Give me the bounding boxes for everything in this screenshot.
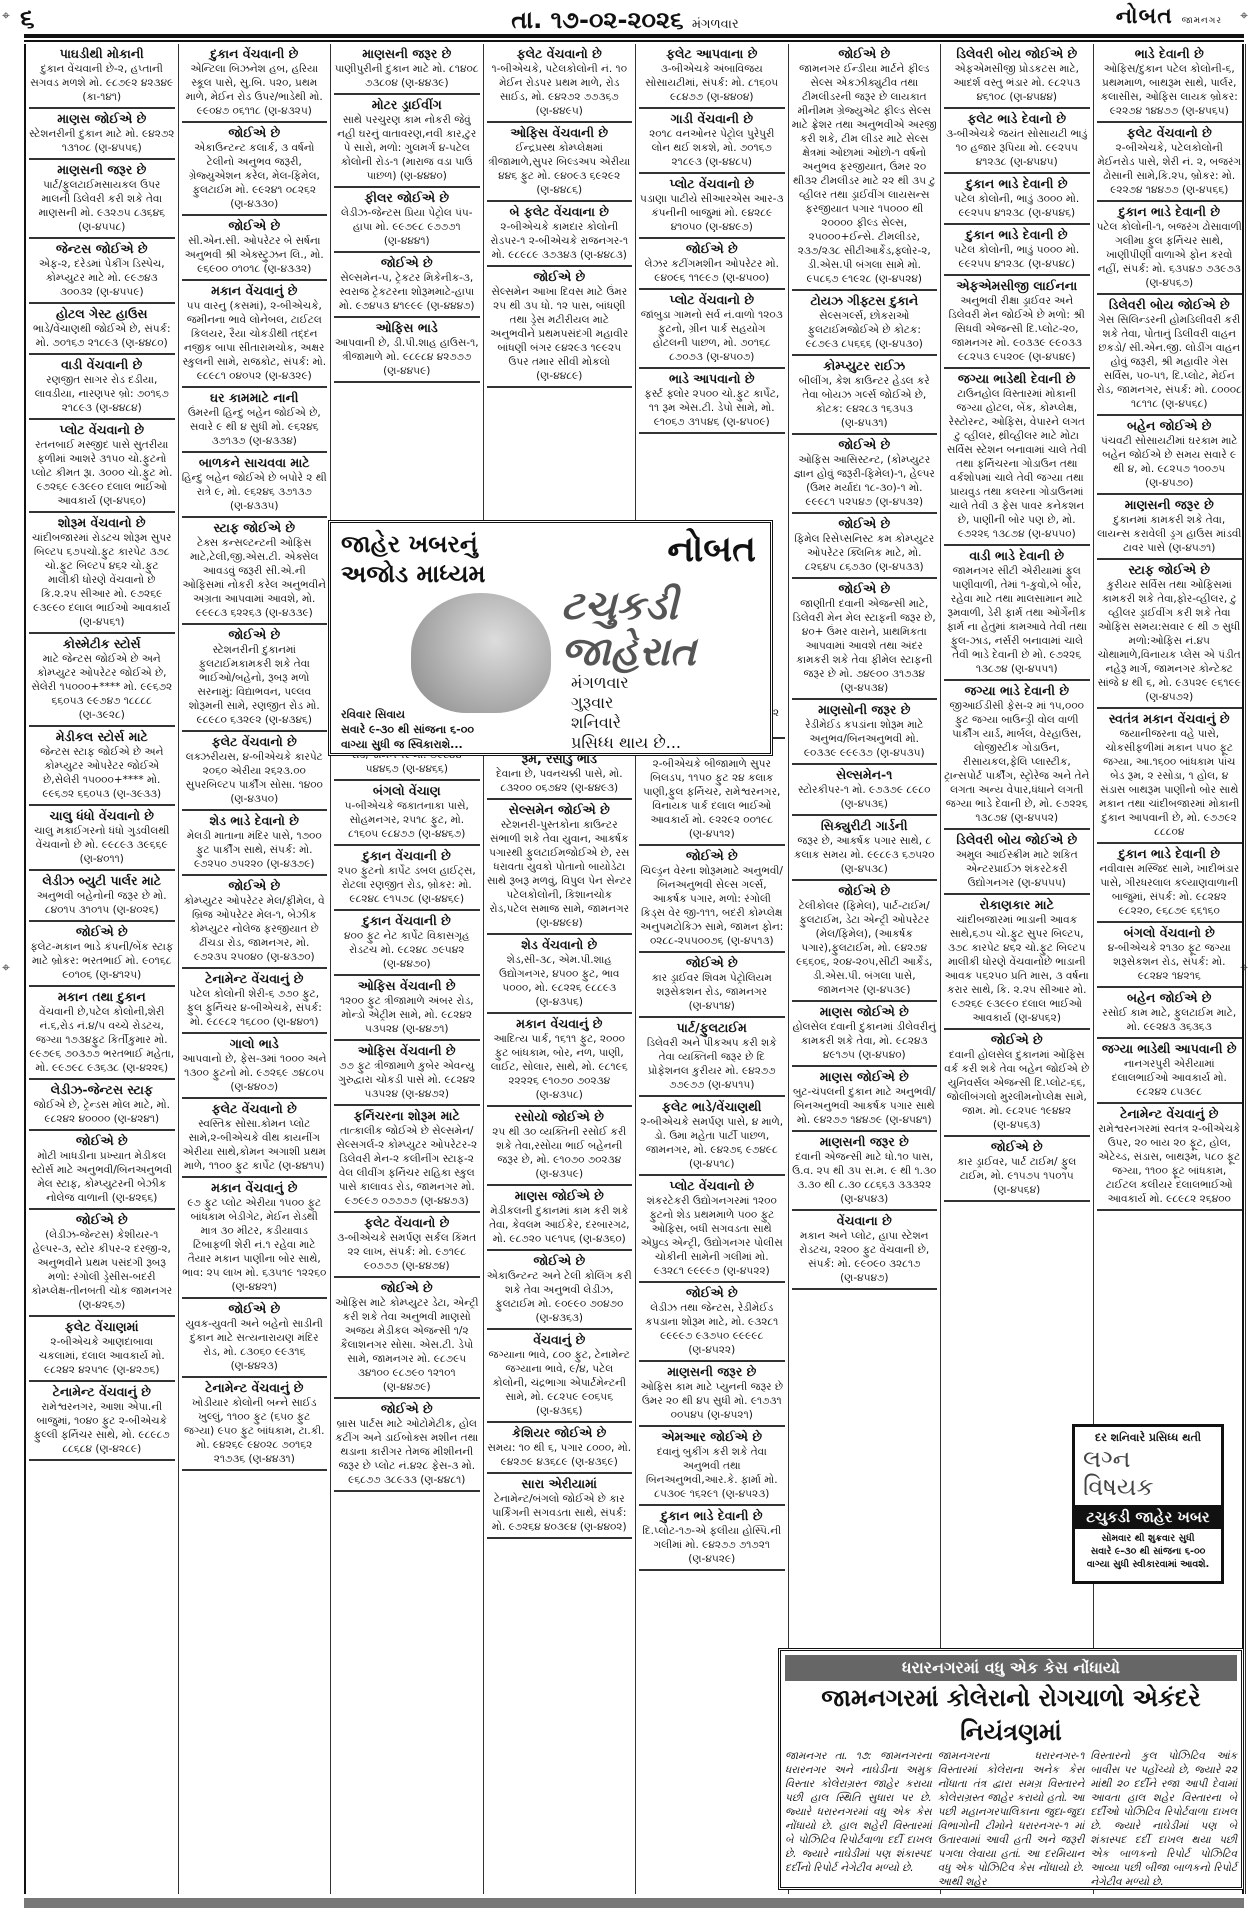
ad-body: રતનબાઈ મસ્જીદ પાસે સુતરીયા ફળીમાં આશરે ૩… xyxy=(29,438,175,508)
ad-body: દુકાન વેંચવાની છે-૨, હપ્તાની સગવડ મળશે મ… xyxy=(29,62,175,104)
classified-ad: પાર્ટ/ફુલટાઈમડિલેવરી અને પીકઅપ કરી શકે ત… xyxy=(639,1018,785,1097)
classified-ad: ફલેટ વેંચવાનો છે૩-બીએચકે સમર્પણ સર્કલ કિ… xyxy=(334,1213,480,1278)
ad-title: મકાન વેંચવાનું છે xyxy=(182,1180,328,1196)
header-rule xyxy=(24,34,1244,38)
classified-column: ફલેટ વેંચવાનો છે૧-બીએચકે, પટેલકોલોની નં.… xyxy=(484,44,637,1894)
ad-body: અનુભવી બહેનોની જરૂર છે મો. ૮૪૦૧૫ ૩૧૦૧૫ (… xyxy=(29,889,175,917)
ad-title: ટેનામેન્ટ વેંચવાનું છે xyxy=(1097,1106,1243,1122)
ad-title: ડિલેવરી બોય જોઈએ છે xyxy=(944,832,1090,848)
ad-title: લેડીઝ-જેન્ટસ સ્ટાફ xyxy=(29,1082,175,1098)
ad-title: વેંચવાનું છે xyxy=(487,1332,633,1348)
classified-ad: જોઈએ છેકાર ડ્રાઈવર શિવમ પેટ્રોલિયમ શરૂસે… xyxy=(639,953,785,1018)
classified-ad: ડિલેવરી બોય જોઈએ છેએફએમસીજી પ્રોડકટસ માટ… xyxy=(944,44,1090,109)
classified-ad: બંગલો વેંચાણ૫-બીએચકે જકાતનાકા પાસે, સોહમ… xyxy=(334,781,480,846)
classified-ad: ડિલેવરી બોય જોઈએ છેઅમુલ આઈસ્ક્રીમ માટે શ… xyxy=(944,830,1090,895)
ad-body: ટેલીકોલર (ફિમેલ), પાર્ટ-ટાઈમ/ફુલટાઈમ, ડે… xyxy=(792,899,938,997)
ad-body: સી.એન.સી. ઓપરેટર બે સર્ષના અનુભવી શ્રી એ… xyxy=(182,234,328,276)
ad-title: બંગલો વેંચાણ xyxy=(334,783,480,799)
classified-ad: જોઈએ છે(લેડીઝ-જેન્ટસ) કેશીયર-૧ હેલ્પર-૩,… xyxy=(29,1210,175,1317)
ad-title: કોસ્મેટીક સ્ટોર્સ xyxy=(29,636,175,652)
classified-ad: લેડીઝ બ્યુટી પાર્લર માટેઅનુભવી બહેનોની જ… xyxy=(29,871,175,922)
classified-ad: જોઈએ છેફલેટ-મકાન ભાડે કંપની/બેંક સ્ટાફ મ… xyxy=(29,922,175,987)
classified-ad: ફલેટ વેંચવાનો છે૨-બીએચકે, પટેલકોલોની મેઈ… xyxy=(1097,123,1243,202)
promo-tagline: જાહેર ખબરનું અજોડ માધ્યમ xyxy=(341,529,485,589)
ad-body: જેન્ટસ સ્ટાફ જોઈએ છે અને કોમ્પ્યુટર ઓપરે… xyxy=(29,745,175,801)
classified-ad: ઓફિસ વેંચવાની છેઈન્દ્રપ્રસ્થ કોમ્પ્લેક્ષ… xyxy=(487,123,633,202)
ad-body: લેડીઝ તથા જેન્ટસ, રેડીમેઈડ કપડાના શોરૂમ … xyxy=(639,1301,785,1357)
ad-title: બહેન જોઈએ છે xyxy=(1097,418,1243,434)
ad-title: લેડીઝ બ્યુટી પાર્લર માટે xyxy=(29,873,175,889)
ad-body: પાણીપુરીની દુકાન માટે મો. ૮૧૪૦૮ ૭૩૮૦૪ (ણ… xyxy=(334,62,480,90)
newspaper-logo: નોબત જામનગર xyxy=(1116,4,1222,29)
ad-body: સમય: ૧૦ થી ૬, પગાર ૮૦૦૦, મો. ૯૪૨૭૯ ૪૩૬૮૯… xyxy=(487,1441,633,1469)
ad-body: રામેશ્વરનગર, આશા એપા.ની બાજુમાં, ૧૦૪૦ ફુ… xyxy=(29,1400,175,1456)
ad-body: પટેલ કોલોની શેરી-૬ ૭૭૦ ફુટ, ફુલ ફુર્નિચર… xyxy=(182,987,328,1029)
ad-title: માણસ જોઈએ છે xyxy=(792,1004,938,1020)
ad-title: ગાલો ભાડે xyxy=(182,1036,328,1052)
ad-body: સ્ટેશનરીની દુકાનમાં ફુલટાઈમકામકરી શકે તે… xyxy=(182,643,328,727)
classified-ad: એફએમસીજી લાઈનનાઅનુભવી રીક્ષા ડ્રાઈવર અને… xyxy=(944,276,1090,369)
ad-title: જોઈએ છે xyxy=(639,1285,785,1301)
ad-body: જયાનીજરના વહે પાસે, ચોકસીફળીમાં મકાન ૫૫૦… xyxy=(1097,727,1243,839)
classified-ad: સ્ટાફ જોઈએ છેકુરીયર સર્વિસ તથા ઓફિસમાં ક… xyxy=(1097,560,1243,709)
classified-ad: બહેન જોઈએ છેરસોઈ કામ માટે, ફુલટાઈમ માટે,… xyxy=(1097,988,1243,1039)
ad-body: જાણીતી દવાની એજન્સી માટે, ડિલેવરી મેન મે… xyxy=(792,597,938,695)
footer-rule xyxy=(24,1898,1244,1908)
ad-body: ૧-બીએચકે, પટેલકોલોની નં. ૧૦ મેઈન રોડપર પ… xyxy=(487,62,633,118)
classified-ad: કેશિયર જોઈએ છેસમય: ૧૦ થી ૬, પગાર ૮૦૦૦, મ… xyxy=(487,1423,633,1474)
ad-body: સ્ટોરકીપર-૧ મો. ૯૭૩૭૯ ૮૯૮૦ (ણ-૪૫૩૬) xyxy=(792,783,938,811)
classified-ad: પ્લોટ વેંચવાનો છેશંકરટેકરી ઉદ્યોગનગરમાં … xyxy=(639,1176,785,1283)
ad-body: દવાની એજન્સી માટે ધો.૧૦ પાસ, ઉ.વ. ૨૫ થી … xyxy=(792,1150,938,1206)
classifieds-grid: પાઘડીથી મોકાનીદુકાન વેંચવાની છે-૨, હપ્તા… xyxy=(24,44,1244,1894)
classified-ad: રસોયો જોઈએ છે૨૫ થી ૩૦ વ્યક્તિની રસોઈ કરી… xyxy=(487,1107,633,1186)
ad-title: માણસ જોઈએ છે xyxy=(487,1188,633,1204)
ad-title: ગાડી વેંચવાની છે xyxy=(639,111,785,127)
ad-title: સ્ટાફ જોઈએ છે xyxy=(1097,562,1243,578)
ad-title: પાર્ટ/ફુલટાઈમ xyxy=(639,1020,785,1036)
ad-body: લેડીઝ-જેન્ટસ પ્રિયા પેટ્રોલ પંપ-હાપા મો.… xyxy=(334,206,480,248)
classified-ad: જોઈએ છેજાણીતી દવાની એજન્સી માટે, ડિલેવરી… xyxy=(792,579,938,700)
ad-title: પાઘડીથી મોકાની xyxy=(29,46,175,62)
classified-column: દુકાન વેંચવાની છેએન્ટિલા બિઝનેશ હબ, હરિય… xyxy=(179,44,332,1894)
ad-body: રણજીત સાગર રોડ દડીયા, લાવડીયા, નારણપર બ્… xyxy=(29,373,175,415)
ad-title: જોઈએ છે xyxy=(182,1301,328,1317)
classified-ad: જોઈએ છેદવાની હોલસેલ દુકાનમાં ઓફિસ વર્ક ક… xyxy=(944,1030,1090,1137)
ad-title: જોઈએ છે xyxy=(487,1253,633,1269)
classified-ad: સેલ્સમેન-૧સ્ટોરકીપર-૧ મો. ૯૭૩૭૯ ૮૯૮૦ (ણ-… xyxy=(792,765,938,816)
ad-body: સેલ્સમેન આખા દિવસ માટે ઉંમર ૨૫ થી ૩૫ ધો.… xyxy=(487,285,633,383)
classified-ad: દુકાન ભાડે દેવાની છેપટેલ કોલોની, ભાડું ૫… xyxy=(944,225,1090,276)
ad-body: જાંબુડા ગામનો સર્વ નં.વાળો ૧૨૦૩ ફુટનો, ગ… xyxy=(639,308,785,364)
ad-body: જગ્યાના ભાવે, ૮૦૦ ફુટ, ટેનામેન્ટ જગ્યાના… xyxy=(487,1348,633,1418)
classified-ad: જોઈએ છેસેલ્સમેન-૫, ટ્રેકટર મિકેનીક-૩, સ્… xyxy=(334,253,480,318)
ad-body: દિ.પ્લોટ-૧૭-એ ફલીયા હોસ્પિ.ની ગલીમાં મો.… xyxy=(639,1524,785,1566)
classified-ad: જગ્યા ભાડેથી દેવાની છેટાઉનહોલ વિસ્તારમાં… xyxy=(944,369,1090,546)
ad-title: ઓફિસ વેંચવાની છે xyxy=(487,125,633,141)
ad-title: સ્ટાફ જોઈએ છે xyxy=(182,520,328,536)
classified-ad: ફલેટ ભાડે દેવાનો છે૩-બીએચકે જયંત સોસાયટી… xyxy=(944,109,1090,174)
classified-ad: એમઆર જોઈએ છેદવાનું બુકીંગ કરી શકે તેવા અ… xyxy=(639,1427,785,1506)
header-rule xyxy=(24,40,1244,42)
ad-body: આદિત્ય પાર્ક, ૧૬૧૧ ફુટ, ૨૦૦૦ ફુટ બાંધકામ… xyxy=(487,1032,633,1102)
classified-ad: ઓફિસ વેંચવાની છે૭૭ ફુટ ત્રીજામાળે કુબેર … xyxy=(334,1041,480,1106)
news-kicker: ધરારનગરમાં વધુ એક કેસ નોંધાયો xyxy=(785,1655,1237,1681)
ad-title: વાડી ભાડે દેવાની છે xyxy=(944,548,1090,564)
ad-body: ચાલુ મકાઈગરનો ધંધો ગુડવીલથી વેંચવાનો છે … xyxy=(29,824,175,866)
classified-ad: ચાલુ ધંધો વેંચવાનો છેચાલુ મકાઈગરનો ધંધો … xyxy=(29,806,175,871)
classified-ad: જોઈએ છેબ્રાસ પાર્ટસ માટે ઓટોમેટીક, હોલ ક… xyxy=(334,1399,480,1492)
ad-body: મકાન અને પ્લોટ, હાપા સ્ટેશન રોડટચ, ૨૨૦૦ … xyxy=(792,1229,938,1285)
ad-body: કાર ડ્રાઈવર શિવમ પેટ્રોલિયમ શરૂસેકશન રોડ… xyxy=(639,971,785,1013)
matrimonial-title: લગ્ન વિષયક xyxy=(1075,1445,1221,1501)
ad-body: ૫૫ વારનુ (કસમાં), ૨-બીએચકે, જમીનના ભાવે … xyxy=(182,299,328,383)
ad-title: પ્લોટ વેંચવાનો છે xyxy=(29,422,175,438)
ad-body: લેઝર કટીંગમશીન ઓપરેટર મો. ૯૪૦૯૬ ૧૧૯૯૭ (ણ… xyxy=(639,257,785,285)
ad-title: મકાન વેંચવાનું છે xyxy=(182,283,328,299)
ad-body: શેડ,સી-૩૮, એમ.પી.શાહ ઉદ્યોગનગર, ૪૫૦૦ ફુટ… xyxy=(487,953,633,1009)
ad-title: ઓફિસ વેંચવાની છે xyxy=(334,978,480,994)
classified-ad: ફલેટ વેંચવાનો છે૧-બીએચકે, પટેલકોલોની નં.… xyxy=(487,44,633,123)
ad-title: ફલેટ વેંચવાનો છે xyxy=(334,1215,480,1231)
classified-ad: માણસ જોઈએ છેહોલસેલ દવાની દુકાનમાં ડીલેવર… xyxy=(792,1002,938,1067)
classified-ad: મેડીકલ સ્ટોર્સ માટેજેન્ટસ સ્ટાફ જોઈએ છે … xyxy=(29,727,175,806)
classified-column: માણસની જરૂર છેપાણીપુરીની દુકાન માટે મો. … xyxy=(331,44,484,1894)
classified-ad: વાડી ભાડે દેવાની છેજામનગર સીટી એરીયામાં … xyxy=(944,546,1090,681)
classified-ad: જોઈએ છેસેલ્સમેન આખા દિવસ માટે ઉંમર ૨૫ થી… xyxy=(487,267,633,388)
classified-ad: જોઈએ છેમોટી ખાધડીના પ્રખ્યાત મેડીકલ સ્ટો… xyxy=(29,1131,175,1210)
ad-body: મેલડી માતાના મંદિર પાસે, ૧૭૦૦ ફુટ પાર્કી… xyxy=(182,829,328,871)
ad-body: (લેડીઝ-જેન્ટસ) કેશીયર-૧ હેલ્પર-૩, સ્ટોર … xyxy=(29,1228,175,1312)
ad-body: તાત્કાલીક જોઈએ છે સેલ્સમેન/સેલ્સગર્લ-૨ ક… xyxy=(334,1124,480,1208)
classified-ad: મકાન વેંચવાનું છે૯૭ ફુટ પ્લોટ એરીયા ૧૫૦૦… xyxy=(182,1178,328,1299)
ad-title: ફીલર જોઈએ છે xyxy=(334,190,480,206)
ad-title: દુકાન વેંચવાની છે xyxy=(334,848,480,864)
ad-body: રેડીમેઈડ કપડાંના શોરૂમ માટે અનુભવ/બિનઅનુ… xyxy=(792,718,938,760)
ad-body: જરૂર છે, આકર્ષક પગાર સાથે, ૮ કલાક સમય મો… xyxy=(792,834,938,876)
classified-ad: બે ફલેટ વેંચવાના છે૨-બીએચકે કામદાર કોલોન… xyxy=(487,202,633,267)
ad-body: ચાંદીબજારમાં રોડટચ શોરૂમ સુપર બિલ્ટપ ૬૭૫… xyxy=(29,531,175,629)
ad-title: જોઈએ છે xyxy=(29,924,175,940)
ad-body: હિન્દુ બહેન જોઈએ છે બપોરે ૨ થી રાત્રે ૯,… xyxy=(182,471,328,513)
ad-title: એફએમસીજી લાઈનના xyxy=(944,278,1090,294)
ad-title: જોઈએ છે xyxy=(792,516,938,532)
classified-ad: માણસ જોઈએ છેમેડીકલની દુકાનમાં કામ કરી શક… xyxy=(487,1186,633,1251)
ad-body: એન્ટિલા બિઝનેશ હબ, હરિયા સ્કૂલ પાસે, સુ.… xyxy=(182,62,328,118)
classified-ad: ઓફિસ વેંચવાની છે૧૨૦૦ ફુટ ત્રીજામાળે અંબર… xyxy=(334,976,480,1041)
classified-ad: માણસની જરૂર છેદુકાનમાં કામકરી શકે તેવા, … xyxy=(1097,495,1243,560)
ad-body: કુરીયર સર્વિસ તથા ઓફિસમાં કામકરી શકે તેવ… xyxy=(1097,578,1243,704)
ad-body: સ્વસ્તિક સોસા.કોમન પ્લોટ સામે,૨-બીએચકે વ… xyxy=(182,1117,328,1173)
classified-ad: જોઈએ છેફિમેલ રિસેપ્સનિસ્ટ કમ કોમ્પ્યુટર … xyxy=(792,514,938,579)
ad-title: ફલેટ આપવાના છે xyxy=(639,46,785,62)
ad-title: જોઈએ છે xyxy=(944,1139,1090,1155)
ad-title: માણસની જરૂર છે xyxy=(792,1134,938,1150)
classified-ad: દુકાન ભાડે દેવાની છેદિ.પ્લોટ-૧૭-એ ફલીયા … xyxy=(639,1506,785,1571)
ad-title: કેશિયર જોઈએ છે xyxy=(487,1425,633,1441)
ad-title: જોઈએ છે xyxy=(792,46,938,62)
classified-ad: માણસની જરૂર છેપાર્ટ/ફુલટાઈમસાયકલ ઉપર માલ… xyxy=(29,160,175,239)
ad-body: માટે જેન્ટસ જોઈએ છે અને કોમ્પ્યુટર ઓપરેટ… xyxy=(29,652,175,722)
ad-title: શોરૂમ વેંચવાનો છે xyxy=(29,515,175,531)
ad-title: માણસ જોઈએ છે xyxy=(29,111,175,127)
classified-ad: ફલેટ આપવાના છે૩-બીએચકે અંબાવિજય સોસાયટીમ… xyxy=(639,44,785,109)
ad-title: બહેન જોઈએ છે xyxy=(1097,990,1243,1006)
classified-ad: મકાન તથા દુકાનવેંચવાની છે,પટેલ કોલોની,શે… xyxy=(29,987,175,1080)
ad-body: રસોઈ કામ માટે, ફુલટાઈમ માટે, મો. ૯૯૨૪૩ ૩… xyxy=(1097,1006,1243,1034)
classified-ad: જેન્ટસ જોઈએ છેએફ-૨, દરેડમાં પેકીંગ ડિસ્પ… xyxy=(29,239,175,304)
ad-body: બ્રાસ પાર્ટસ માટે ઓટોમેટીક, હોલ કટીંગ અન… xyxy=(334,1417,480,1487)
ad-title: જગ્યા ભાડે દેવાની છે xyxy=(944,683,1090,699)
ad-title: ટોયઝ ગીફ્ટસ દુકાને xyxy=(792,293,938,309)
classified-ad: જોઈએ છેચિલ્ડ્રન વેરના શોરૂમમાટે અનુભવી/બ… xyxy=(639,846,785,953)
ad-body: ૪-બીએચકે ૨૧૩૦ ફૂટ જગ્યા શરૂસેકશન રોડ, સં… xyxy=(1097,941,1243,983)
ad-title: દુકાન ભાડે દેવાની છે xyxy=(944,227,1090,243)
ad-body: ૨૦૧૮ વનઓનર પેટ્રોલ પુરેપુરી લોન થઈ શકશે,… xyxy=(639,127,785,169)
ad-body: મેડીકલની દુકાનમાં કામ કરી શકે તેવા, કેવલ… xyxy=(487,1204,633,1246)
ad-body: પાર્ટ/ફુલટાઈમસાયકલ ઉપર માલની ડિલેવરી કરી… xyxy=(29,178,175,234)
ad-title: રસોયો જોઈએ છે xyxy=(487,1109,633,1125)
classified-ad: બહેન જોઈએ છેપંચવટી સોસાયટીમાં ઘરકામ માટે… xyxy=(1097,416,1243,495)
ad-title: દુકાન ભાડે દેવાની છે xyxy=(1097,204,1243,220)
classified-ad: દુકાન વેંચવાની છેએન્ટિલા બિઝનેશ હબ, હરિય… xyxy=(182,44,328,123)
ad-body: ઈન્દ્રપ્રસ્થ કોમ્પ્લેક્ષમાં ત્રીજામાળે,સ… xyxy=(487,141,633,197)
ad-title: મકાન વેંચવાનું છે xyxy=(487,1016,633,1032)
ad-body: પડાણા પાટીયે સીઆરએસ આર-૩ કંપનીની બાજુમાં… xyxy=(639,192,785,234)
ad-title: દુકાન વેંચવાની છે xyxy=(182,46,328,62)
ad-body: નવીવાસ મસ્જિદ સામે, ખાદીભંડાર પાસે, ગીરધ… xyxy=(1097,862,1243,918)
ad-title: માણસોની જરૂર છે xyxy=(792,702,938,718)
ad-body: દેવાના છે, પવનચક્કી પાસે, મો. ૮૩૨૦૦ ૦૬૭૪… xyxy=(487,767,633,795)
ad-body: ૧૨૦૦ ફુટ ત્રીજામાળે અંબર રોડ, મોન્ડો એટ્… xyxy=(334,994,480,1036)
ad-body: ૩-બીએચકે સમર્પણ સર્કલ કિંમત ૨૨ લાખ, સંપર… xyxy=(334,1231,480,1273)
classified-ad: જોઈએ છેએકાઉન્ટન્ટ કલાર્ક, ૩ વર્ષનો ટેલીન… xyxy=(182,123,328,216)
classified-ad: દુકાન ભાડે દેવાની છેપટેલ કોલોની, ભાડું ૩… xyxy=(944,174,1090,225)
classified-ad: ભાડે આપવાનો છેફર્સ્ટ ફ્લોર ૨૫૦૦ ચો.ફુટ ક… xyxy=(639,369,785,434)
ad-body: જામનગર ઈન્ડીયા માર્ટને ફીલ્ડ સેલ્સ એકઝીક… xyxy=(792,62,938,286)
ad-title: એમઆર જોઈએ છે xyxy=(639,1429,785,1445)
ad-title: ફલેટ વેંચવાનો છે xyxy=(487,46,633,62)
ad-title: મોટર ડ્રાઈવીંગ xyxy=(334,97,480,113)
classified-ad: સેલ્સમેન જોઈએ છેસ્ટેશનરી-પુસ્તકોના કાઉન્… xyxy=(487,800,633,935)
ad-title: જગ્યા ભાડેથી આપવાની છે xyxy=(1097,1041,1243,1057)
classified-ad: જોઈએ છેઓફિસ આસિસ્ટન્ટ, (કોમ્પ્યુટર જ્ઞાન… xyxy=(792,435,938,514)
ad-title: ઓફિસ વેંચવાની છે xyxy=(334,1043,480,1059)
classified-ad: જોઈએ છેસી.એન.સી. ઓપરેટર બે સર્ષના અનુભવી… xyxy=(182,216,328,281)
ad-title: વેંચવાના છે xyxy=(792,1213,938,1229)
ad-title: ફલેટ વેંચવાનો છે xyxy=(1097,125,1243,141)
ad-body: એકાઉન્ટન્ટ કલાર્ક, ૩ વર્ષનો ટેલીનો અનુભવ… xyxy=(182,141,328,211)
classified-ad: દુકાન વેંચવાની છે૨૫૦ ફુટનો કાર્પેટ ડબલ હ… xyxy=(334,846,480,911)
ad-body: શંકરટેકરી ઉદ્યોગનગરમાં ૧૨૦૦ ફુટનો શેડ પ્… xyxy=(639,1194,785,1278)
ad-title: બંગલો વેંચવાનો છે xyxy=(1097,925,1243,941)
ad-title: ફર્નિચરના શોરૂમ માટે xyxy=(334,1108,480,1124)
ad-title: જોઈએ છે xyxy=(792,883,938,899)
classified-ad: મકાન વેંચવાનું છેઆદિત્ય પાર્ક, ૧૬૧૧ ફુટ,… xyxy=(487,1014,633,1107)
ad-body: સાથે પરચુરણ કામ નોકરી જેવું નહી ઘરનું વા… xyxy=(334,113,480,183)
classified-ad: શેડ વેંચવાનો છેશેડ,સી-૩૮, એમ.પી.શાહ ઉદ્ય… xyxy=(487,935,633,1014)
ad-title: જોઈએ છે xyxy=(792,437,938,453)
ad-title: ફલેટ વેંચવાનો છે xyxy=(182,1101,328,1117)
ad-body: ભાડે/વેંચાણથી જોઈએ છે, સંપર્ક: મો. ૭૦૧૬૭… xyxy=(29,322,175,350)
classified-ad: સ્ટાફ જોઈએ છેટેક્સ કન્સલ્ટન્ટની ઓફિસ માટ… xyxy=(182,518,328,625)
ad-body: ટાઉનહોલ વિસ્તારમાં મોકાની જગ્યા હોટલ, બે… xyxy=(944,387,1090,541)
classified-ad: ભાડે દેવાની છેઓફિસ/દુકાન પટેલ કોલોની-૬, … xyxy=(1097,44,1243,123)
registration-mark-icon: ⌖ xyxy=(2,960,10,976)
ad-body: આપવાનો છે, ફેસ-૩માં ૧૦૦૦ અને ૧૩૦૦ ફુટનો … xyxy=(182,1052,328,1094)
news-article: ધરારનગરમાં વધુ એક કેસ નોંધાયો જામનગરમાં … xyxy=(778,1648,1244,1890)
registration-mark-icon: ⌖ xyxy=(1240,8,1248,24)
ad-body: સ્ટેશનરીની દુકાન માટે મો. ૯૪૨૭૨ ૧૩૧૦૮ (ણ… xyxy=(29,127,175,155)
classified-ad: જોઈએ છેલેડીઝ તથા જેન્ટસ, રેડીમેઈડ કપડાના… xyxy=(639,1283,785,1362)
ad-body: સેલ્સગર્લ્સ, છોકરાઓ ફુલટાઈમજોઈએ છે કોટક:… xyxy=(792,309,938,351)
ad-body: ડિલેવરી અને પીકઅપ કરી શકે તેવા વ્યક્તિની… xyxy=(639,1036,785,1092)
ad-body: ૫-બીએચકે જકાતનાકા પાસે, સોહમનગર, ૨૫૧૮ ફુ… xyxy=(334,799,480,841)
ad-body: ટેનામેન્ટ/બંગલો જોઈએ છે કાર પાર્કિંગની સ… xyxy=(487,1492,633,1534)
classified-ad: જગ્યા ભાડેથી આપવાની છેનાનગરપુરી એરીયામાં… xyxy=(1097,1039,1243,1104)
classified-ad: દુકાન ભાડે દેવાની છેનવીવાસ મસ્જિદ સામે, … xyxy=(1097,844,1243,923)
classified-ad: માણસની જરૂર છેઓફિસ કામ માટે પ્યુનની જરૂર… xyxy=(639,1362,785,1427)
promo-timing-note: રવિવાર સિવાય સવારે ૯-૩૦ થી સાંજના ૬-૦૦ વ… xyxy=(341,707,474,752)
ad-body: રામેશ્વરનગરમાં સ્વતંત્ર ૨-બીએચકે ઉપર, ૨૦… xyxy=(1097,1122,1243,1206)
classified-ad: દુકાન ભાડે દેવાની છેપટેલ કોલોની-૧, બજરંગ… xyxy=(1097,202,1243,295)
thumbs-up-icon xyxy=(411,593,551,713)
ad-title: ડિલેવરી બોય જોઈએ છે xyxy=(1097,297,1243,313)
ad-body: ટેક્સ કન્સલ્ટન્ટની ઓફિસ માટે,ટેલી,જી.એસ.… xyxy=(182,536,328,620)
ad-body: સ્ટેશનરી-પુસ્તકોના કાઉન્ટર સંભાળી શકે તે… xyxy=(487,818,633,930)
ad-body: આપવાની છે, ડી.પી.શાહ હાઉસ-૧, ત્રીજામાળે … xyxy=(334,336,480,378)
news-headline: જામનગરમાં કોલેરાનો રોગચાળો એકંદરે નિયંત્… xyxy=(785,1681,1237,1749)
ad-body: ૨-બીએચકે આણદાબાવા ચકલામાં, દલાલ આવકાર્ય … xyxy=(29,1335,175,1377)
ad-body: ખોડીયાર કોલોની બન્ને સાઈડ ખુલ્લું, ૧૧૦૦ … xyxy=(182,1396,328,1466)
ad-title: જોઈએ છે xyxy=(639,241,785,257)
ad-body: યુવક-યુવતી અને બહેનો સાડીની દુકાન માટે સ… xyxy=(182,1317,328,1373)
ad-title: પ્લોટ વેંચવાનો છે xyxy=(639,176,785,192)
ad-title: જગ્યા ભાડેથી દેવાની છે xyxy=(944,371,1090,387)
classified-ad: દુકાન વેંચવાની છે૪૦૦ ફુટ નેટ કાર્પેટ વિક… xyxy=(334,911,480,976)
issue-day: મંગળવાર xyxy=(692,17,739,32)
ad-title: ચાલુ ધંધો વેંચવાનો છે xyxy=(29,808,175,824)
classified-ad: વાડી વેંચવાની છેરણજીત સાગર રોડ દડીયા, લા… xyxy=(29,355,175,420)
classified-column: જોઈએ છેજામનગર ઈન્ડીયા માર્ટને ફીલ્ડ સેલ્… xyxy=(789,44,942,1894)
classified-ad: માણસની જરૂર છેપાણીપુરીની દુકાન માટે મો. … xyxy=(334,44,480,95)
ad-body: ૨-બીએચકે બીજામાળે સુપર બિલડપ, ૧૧૫૦ ફુટ ૨… xyxy=(639,757,785,841)
ad-body: ચાંદીબજારમાં ભાડાની આવક સાથે,૬૭૫ ચો.ફુટ … xyxy=(944,913,1090,1025)
classified-ad: જોઈએ છેઓફિસ માટે કોમ્પ્યુટર ડેટા, એન્ટ્ર… xyxy=(334,1278,480,1399)
ad-title: દુકાન વેંચવાની છે xyxy=(334,913,480,929)
ad-title: જોઈએ છે xyxy=(639,848,785,864)
classified-ad: માણસ જોઈએ છેસ્ટેશનરીની દુકાન માટે મો. ૯૪… xyxy=(29,109,175,160)
tiny-ads-promo-box: જાહેર ખબરનું અજોડ માધ્યમ નોબત ટચુકડી જાહ… xyxy=(328,520,773,756)
ad-title: બે ફલેટ વેંચવાના છે xyxy=(487,204,633,220)
ad-title: હોટલ ગેસ્ટ હાઉસ xyxy=(29,306,175,322)
classified-ad: ફર્નિચરના શોરૂમ માટેતાત્કાલીક જોઈએ છે સે… xyxy=(334,1106,480,1213)
ad-title: સેલ્સમેન-૧ xyxy=(792,767,938,783)
classified-ad: માણસની જરૂર છેદવાની એજન્સી માટે ધો.૧૦ પા… xyxy=(792,1132,938,1211)
classified-ad: જોઈએ છેએકાઉન્ટન્ટ અને ટેલી કોલિંગ કરી શક… xyxy=(487,1251,633,1330)
classified-ad: ટેનામેન્ટ વેંચવાનું છેરામેશ્વરનગરમાં સ્વ… xyxy=(1097,1104,1243,1211)
classified-ad: શેડ ભાડે દેવાનો છેમેલડી માતાના મંદિર પાસ… xyxy=(182,811,328,876)
ad-title: ફલેટ ભાડે દેવાનો છે xyxy=(944,111,1090,127)
ad-body: કોમ્પ્યુટર ઓપરેટર મેલ/ફીમેલ, વે બ્રિજ ઓપ… xyxy=(182,894,328,964)
ad-title: માણસની જરૂર છે xyxy=(1097,497,1243,513)
classified-ad: રૂમ, રસોડું ભાડેદેવાના છે, પવનચક્કી પાસે… xyxy=(487,749,633,800)
matrimonial-ads-box: દર શનિવારે પ્રસિધ્ધ થતી લગ્ન વિષયક ટચુકડ… xyxy=(1072,1424,1224,1584)
ad-body: વેંચવાની છે,પટેલ કોલોની,શેરી નં.૬,રોડ નં… xyxy=(29,1005,175,1075)
ad-body: ગેસ સિલિન્ડરની હોમડિલીવરી કરી શકે તેવા, … xyxy=(1097,313,1243,411)
ad-title: જોઈએ છે xyxy=(182,218,328,234)
ad-title: ટેનામેન્ટ વેંચવાનું છે xyxy=(182,971,328,987)
classified-ad: રોકાણકાર માટેચાંદીબજારમાં ભાડાની આવક સાથ… xyxy=(944,895,1090,1030)
ad-title: ઓફિસ ભાડે xyxy=(334,320,480,336)
ad-body: ૪૦૦ ફુટ નેટ કાર્પેટ વિકાસગૃહ રોડટચ મો. ૯… xyxy=(334,929,480,971)
ad-body: બુટ-ચંપલની દુકાન માટે અનુભવી/બિનઅનુભવી આ… xyxy=(792,1085,938,1127)
ad-body: ૨૫ થી ૩૦ વ્યક્તિની રસોઈ કરી શકે તેવા,રસો… xyxy=(487,1125,633,1181)
ad-title: સ્વતંત્ર મકાન વેંચવાનું છે xyxy=(1097,711,1243,727)
ad-body: ઉંમરની હિન્દુ બહેન જોઈએ છે, સવારે ૯ થી ૪… xyxy=(182,406,328,448)
ad-body: હોલસેલ દવાની દુકાનમાં ડીલેવરીનું કામકરી … xyxy=(792,1020,938,1062)
ad-title: જોઈએ છે xyxy=(29,1133,175,1149)
classified-ad: ફલેટ ભાડે/વેંચાણથી૨-બીએચકે સમર્પણ પાસે, … xyxy=(639,1097,785,1176)
classified-ad: મોટર ડ્રાઈવીંગસાથે પરચુરણ કામ નોકરી જેવુ… xyxy=(334,95,480,188)
ad-body: કાર ડ્રાઈવર, પાર્ટ ટાઈમ/ ફુલ ટાઈમ, મો. ૯… xyxy=(944,1155,1090,1197)
ad-body: મોટી ખાધડીના પ્રખ્યાત મેડીકલ સ્ટોર્સ માટ… xyxy=(29,1149,175,1205)
ad-title: જેન્ટસ જોઈએ છે xyxy=(29,241,175,257)
ad-title: મકાન તથા દુકાન xyxy=(29,989,175,1005)
ad-title: બાળકને સાચવવા માટે xyxy=(182,455,328,471)
ad-body: ફર્સ્ટ ફ્લોર ૨૫૦૦ ચો.ફુટ કાર્પેટ, ૧૧ રૂમ… xyxy=(639,387,785,429)
ad-title: સિક્યુરીટી ગાર્ડની xyxy=(792,818,938,834)
promo-days: મંગળવાર ગુરૂવાર શનિવારે પ્રસિધ્ધ થાય છે.… xyxy=(571,673,681,753)
classified-ad: સ્વતંત્ર મકાન વેંચવાનું છેજયાનીજરના વહે … xyxy=(1097,709,1243,844)
ad-body: અનુભવી રીક્ષા ડ્રાઈવર અને ડિલેવરી મેન જો… xyxy=(944,294,1090,364)
ad-title: ટેનામેન્ટ વેંચવાનું છે xyxy=(182,1380,328,1396)
ad-body: ૨-બીએચકે સમર્પણ પાસે, ૪ માળે, ડો. ઉમા મહ… xyxy=(639,1115,785,1171)
classified-ad: કોમ્પ્યુટર રાઈઝબીલીંગ, કેશ કાઉન્ટર હેડલ … xyxy=(792,356,938,435)
classified-ad: વેંચવાનું છેજગ્યાના ભાવે, ૮૦૦ ફુટ, ટેનામ… xyxy=(487,1330,633,1423)
ad-title: ભાડે દેવાની છે xyxy=(1097,46,1243,62)
ad-title: ભાડે આપવાનો છે xyxy=(639,371,785,387)
ad-body: જીઆઈડીસી ફેસ-૨ માં ૧૫,૦૦૦ ફુટ જગ્યા બાઉન… xyxy=(944,699,1090,825)
ad-title: કોમ્પ્યુટર રાઈઝ xyxy=(792,358,938,374)
classified-ad: જોઈએ છેલેઝર કટીંગમશીન ઓપરેટર મો. ૯૪૦૯૬ ૧… xyxy=(639,239,785,290)
ad-body: એફએમસીજી પ્રોડકટસ માટે, આદર્શ વસ્તુ ભંડા… xyxy=(944,62,1090,104)
classified-ad: ટેનામેન્ટ વેંચવાનું છેરામેશ્વરનગર, આશા એ… xyxy=(29,1382,175,1461)
news-body: જામનગર તા. ૧૭: જામનગરના ધરારનગર અને નાઘે… xyxy=(785,1749,1237,1889)
ad-body: ઓફિસ માટે કોમ્પ્યુટર ડેટા, એન્ટ્રી કરી શ… xyxy=(334,1296,480,1394)
ad-body: ૨-બીએચકે કામદાર કોલોની રોડપર-૧ ૨-બીએચકે … xyxy=(487,220,633,262)
classified-ad: શોરૂમ વેંચવાનો છેચાંદીબજારમાં રોડટચ શોરૂ… xyxy=(29,513,175,634)
ad-title: જોઈએ છે xyxy=(334,1401,480,1417)
classified-ad: જોઈએ છેસ્ટેશનરીની દુકાનમાં ફુલટાઈમકામકરી… xyxy=(182,625,328,732)
ad-body: પટેલ કોલોની, ભાડું ૩૦૦૦ મો. ૯૯૨૫૫ ૪૧૨૩૮ … xyxy=(944,192,1090,220)
classified-ad: જોઈએ છેજામનગર ઈન્ડીયા માર્ટને ફીલ્ડ સેલ્… xyxy=(792,44,938,291)
classified-ad: જોઈએ છેકોમ્પ્યુટર ઓપરેટર મેલ/ફીમેલ, વે બ… xyxy=(182,876,328,969)
ad-title: ફલેટ ભાડે/વેંચાણથી xyxy=(639,1099,785,1115)
ad-body: ઓફિસ કામ માટે પ્યુનની જરૂર છે ઉંમર ૨૦ થી… xyxy=(639,1380,785,1422)
ad-body: દવાની હોલસેલ દુકાનમાં ઓફિસ વર્ક કરી શકે … xyxy=(944,1048,1090,1132)
ad-title: પ્લોટ વેંચવાનો છે xyxy=(639,292,785,308)
ad-body: ૭૭ ફુટ ત્રીજામાળે કુબેર એવન્યુ ગુરુદ્વાર… xyxy=(334,1059,480,1101)
classified-ad: સિક્યુરીટી ગાર્ડનીજરૂર છે, આકર્ષક પગાર સ… xyxy=(792,816,938,881)
ad-title: ફલેટ વેંચવાનો છે xyxy=(182,734,328,750)
classified-ad: ટેનામેન્ટ વેંચવાનું છેપટેલ કોલોની શેરી-૬… xyxy=(182,969,328,1034)
promo-title: ટચુકડી જાહેરાત xyxy=(561,583,696,675)
classified-ad: ફલેટ વેંચવાનો છેસ્વસ્તિક સોસા.કોમન પ્લોટ… xyxy=(182,1099,328,1178)
matrimonial-timing: સોમવાર થી શુક્રવાર સુધી સવારે ૯-૩૦ થી સા… xyxy=(1075,1529,1221,1571)
ad-title: જોઈએ છે xyxy=(182,125,328,141)
classified-ad: પ્લોટ વેંચવાનો છેપડાણા પાટીયે સીઆરએસ આર-… xyxy=(639,174,785,239)
